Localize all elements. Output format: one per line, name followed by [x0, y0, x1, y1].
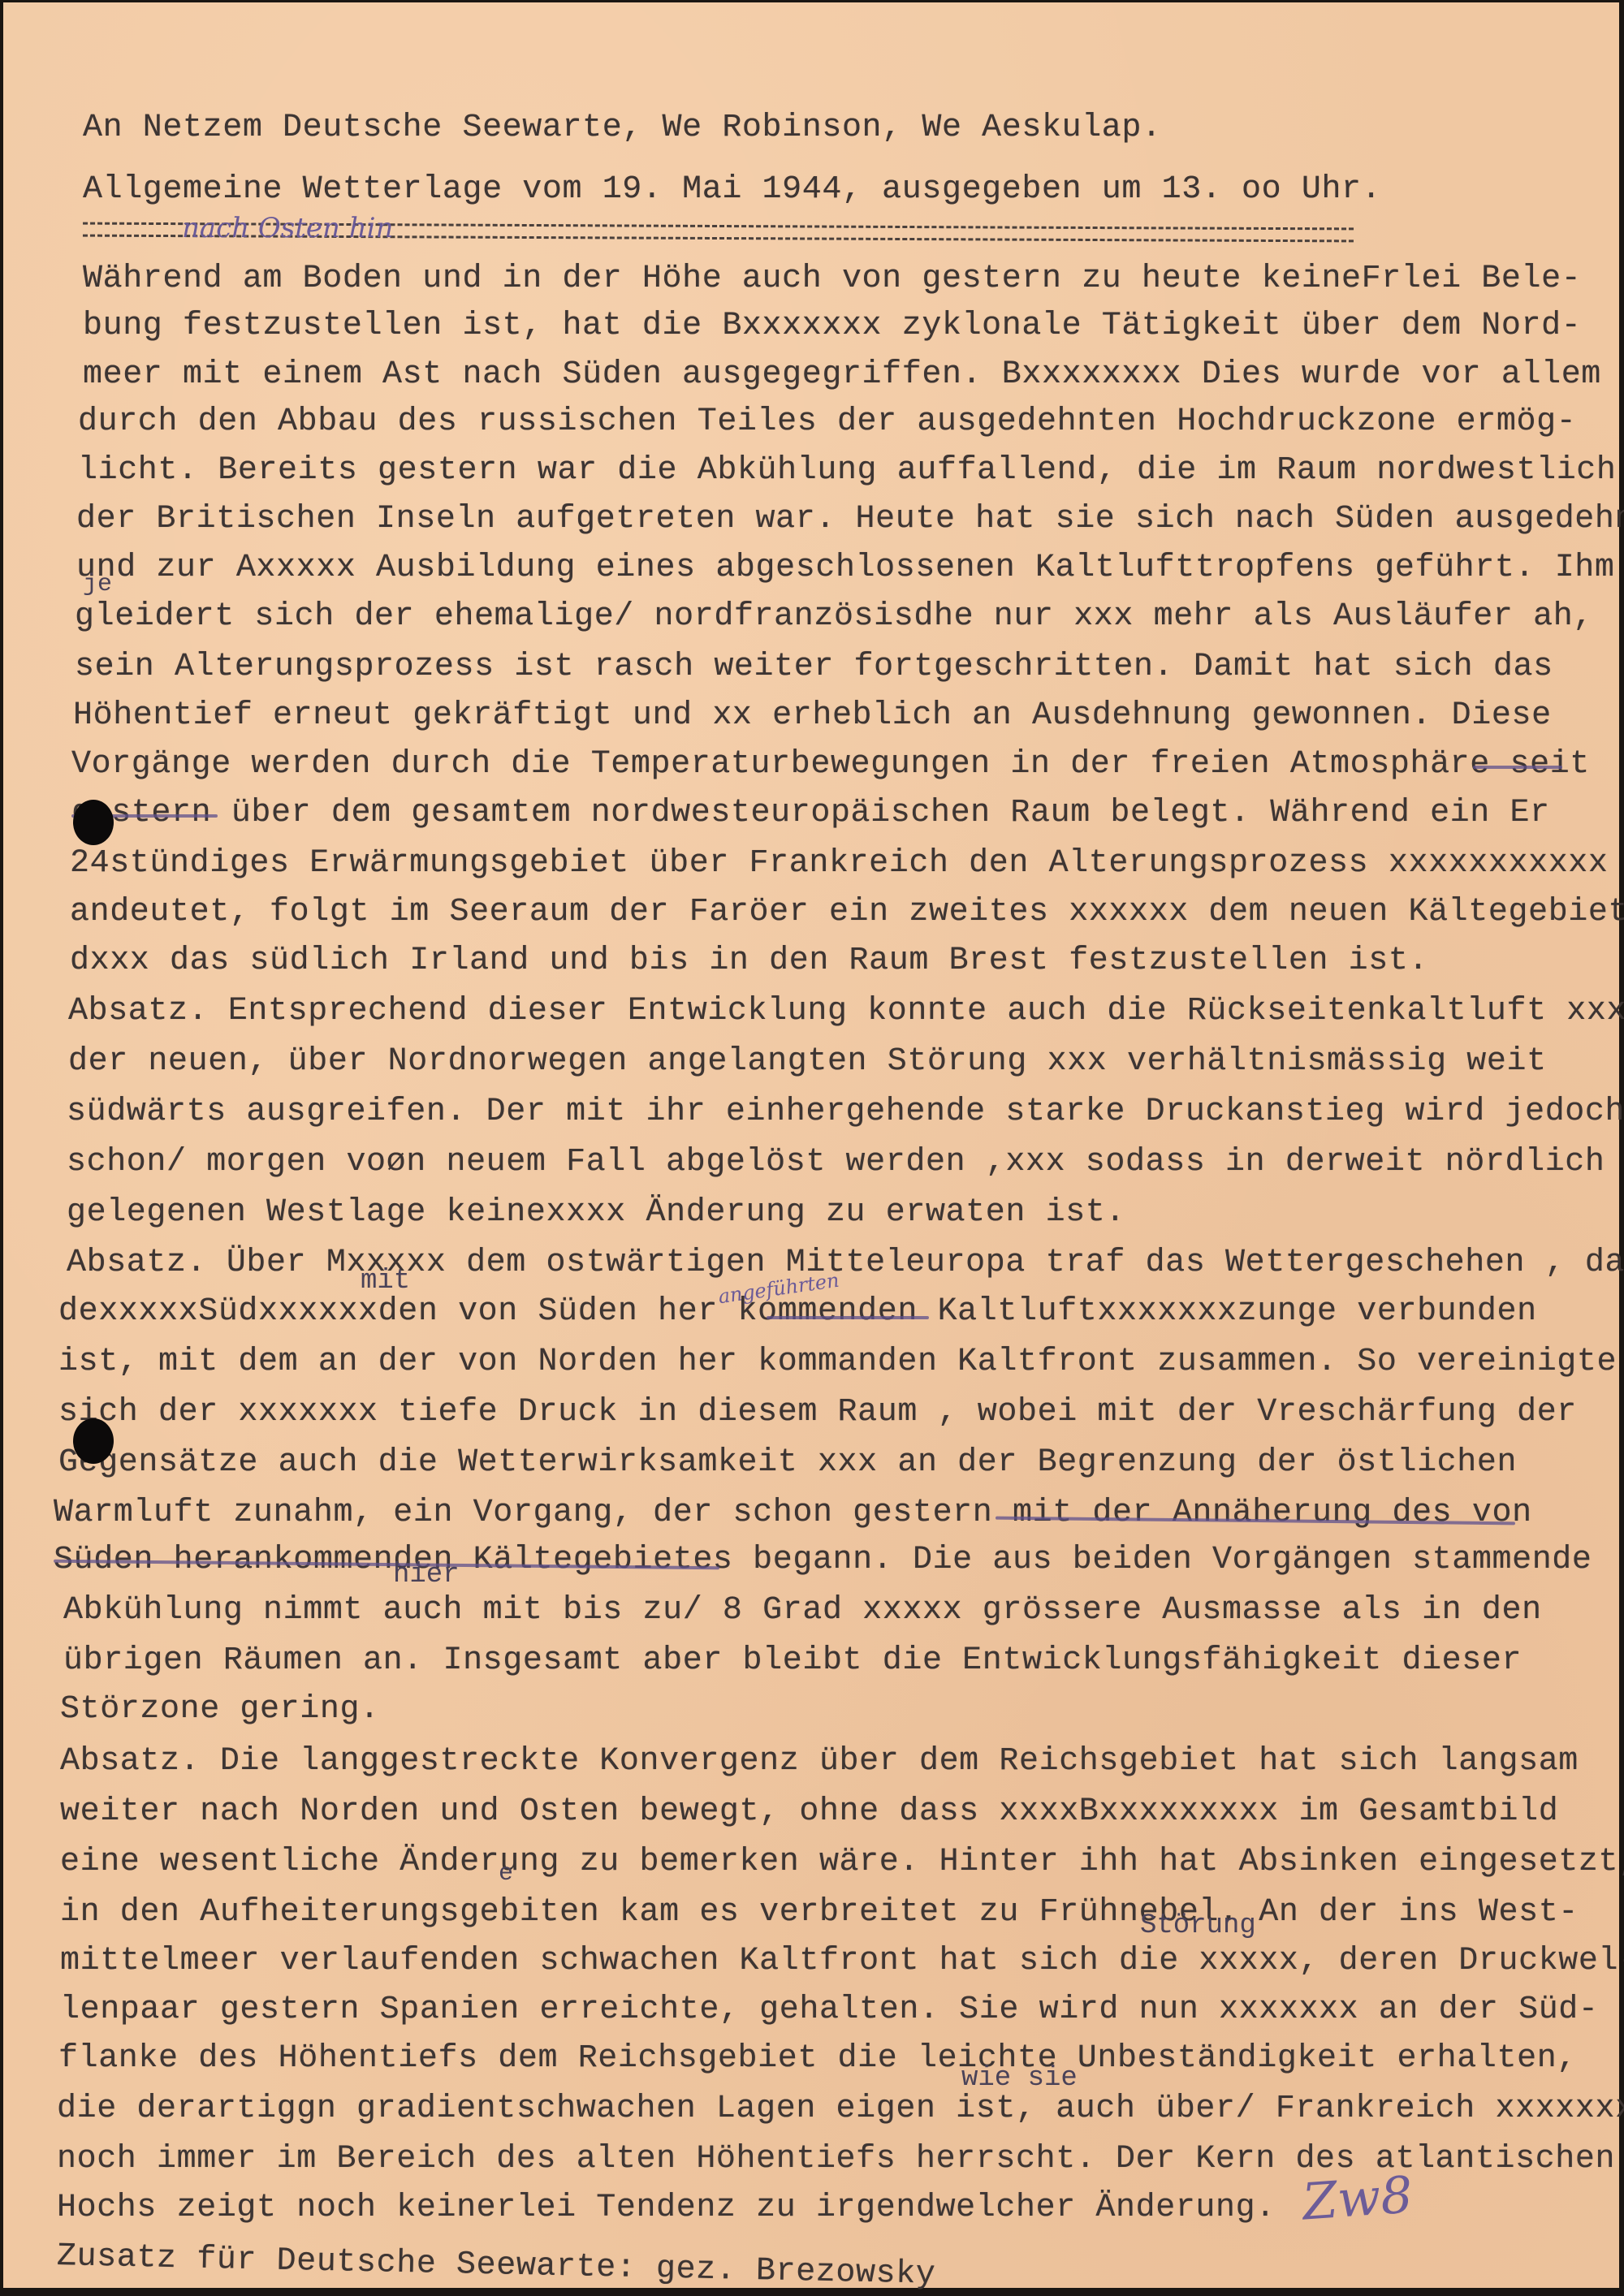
body-line: gleidert sich der ehemalige/ nordfranzös…	[75, 598, 1593, 635]
body-line: licht. Bereits gestern war die Abkühlung…	[78, 452, 1624, 489]
punch-hole	[73, 1418, 114, 1464]
body-line: übrigen Räumen an. Insgesamt aber bleibt…	[63, 1642, 1522, 1679]
strikethrough	[1473, 766, 1562, 769]
body-line: Störzone gering.	[60, 1691, 380, 1728]
body-line: dexxxxxSüdxxxxxxden von Süden her kommen…	[58, 1293, 1537, 1330]
title-line: Allgemeine Wetterlage vom 19. Mai 1944, …	[83, 171, 1381, 208]
body-line: ist, mit dem an der von Norden her komma…	[58, 1344, 1617, 1380]
body-line: der neuen, über Nordnorwegen angelangten…	[68, 1043, 1547, 1080]
body-line: lenpaar gestern Spanien erreichte, gehal…	[60, 1992, 1599, 2028]
body-line: und zur Axxxxx Ausbildung eines abgeschl…	[76, 550, 1615, 586]
body-line: der Britischen Inseln aufgetreten war. H…	[76, 501, 1624, 537]
body-line: mittelmeer verlaufenden schwachen Kaltfr…	[60, 1943, 1624, 1979]
annotation-hier: hier	[393, 1560, 460, 1590]
body-line: meer mit einem Ast nach Süden ausgegegri…	[83, 356, 1601, 393]
body-line: dxxx das südlich Irland und bis in den R…	[70, 943, 1428, 979]
annotation-mit: mit	[361, 1266, 410, 1297]
annotation-je: je	[83, 571, 112, 598]
body-line: Höhentief erneut gekräftigt und xx erheb…	[73, 697, 1552, 734]
body-line: gestern über dem gesamtem nordwesteuropä…	[71, 795, 1550, 831]
address-line: An Netzem Deutsche Seewarte, We Robinson…	[83, 110, 1162, 146]
annotation-nach-osten: nach Osten hin	[182, 212, 393, 244]
handwritten-initials: Zw8	[1301, 2164, 1415, 2231]
body-line: flanke des Höhentiefs dem Reichsgebiet d…	[58, 2040, 1577, 2077]
body-line: Warmluft zunahm, ein Vorgang, der schon …	[54, 1495, 1532, 1531]
body-line: 24stündiges Erwärmungsgebiet über Frankr…	[70, 845, 1609, 882]
body-line: Abkühlung nimmt auch mit bis zu/ 8 Grad …	[63, 1592, 1542, 1629]
body-line: Während am Boden und in der Höhe auch vo…	[83, 261, 1581, 297]
body-line: Zusatz für Deutsche Seewarte: gez. Brezo…	[57, 2238, 936, 2294]
annotation-e: e	[499, 1860, 513, 1888]
body-line: sein Alterungsprozess ist rasch weiter f…	[75, 649, 1553, 685]
body-line: schon/ morgen voøn neuem Fall abgelöst w…	[67, 1144, 1605, 1180]
body-line: Gegensätze auch die Wetterwirksamkeit xx…	[58, 1444, 1517, 1481]
strikethrough	[767, 1316, 929, 1319]
body-line: eine wesentliche Änderung zu bemerken wä…	[60, 1844, 1624, 1880]
body-line: Vorgänge werden durch die Temperaturbewe…	[71, 746, 1590, 783]
body-line: gelegenen Westlage keinexxxx Änderung zu…	[67, 1194, 1125, 1231]
body-line: sich der xxxxxxx tiefe Druck in diesem R…	[58, 1394, 1577, 1431]
body-line: durch den Abbau des russischen Teiles de…	[78, 404, 1576, 440]
body-line: andeutet, folgt im Seeraum der Faröer ei…	[70, 894, 1624, 930]
body-line: bung festzustellen ist, hat die Bxxxxxxx…	[83, 308, 1581, 344]
annotation-stoerung: Störung	[1140, 1910, 1256, 1941]
body-line: Absatz. Über Mxxxxx dem ostwärtigen Mitt…	[67, 1245, 1624, 1281]
body-line: Süden herankommenden Kältegebietes began…	[54, 1542, 1592, 1578]
body-line: Absatz. Die langgestreckte Konvergenz üb…	[60, 1743, 1579, 1780]
body-line: südwärts ausgreifen. Der mit ihr einherg…	[67, 1094, 1624, 1130]
annotation-wie-sie: wie sie	[961, 2063, 1078, 2094]
body-line: die derartiggn gradientschwachen Lagen e…	[57, 2091, 1624, 2127]
body-line: in den Aufheiterungsgebiten kam es verbr…	[60, 1894, 1579, 1931]
document-page: An Netzem Deutsche Seewarte, We Robinson…	[3, 2, 1619, 2288]
body-line: weiter nach Norden und Osten bewegt, ohn…	[60, 1793, 1558, 1830]
punch-hole	[73, 800, 114, 845]
body-line: Hochs zeigt noch keinerlei Tendenz zu ir…	[57, 2190, 1276, 2226]
body-line: Absatz. Entsprechend dieser Entwicklung …	[68, 993, 1624, 1029]
